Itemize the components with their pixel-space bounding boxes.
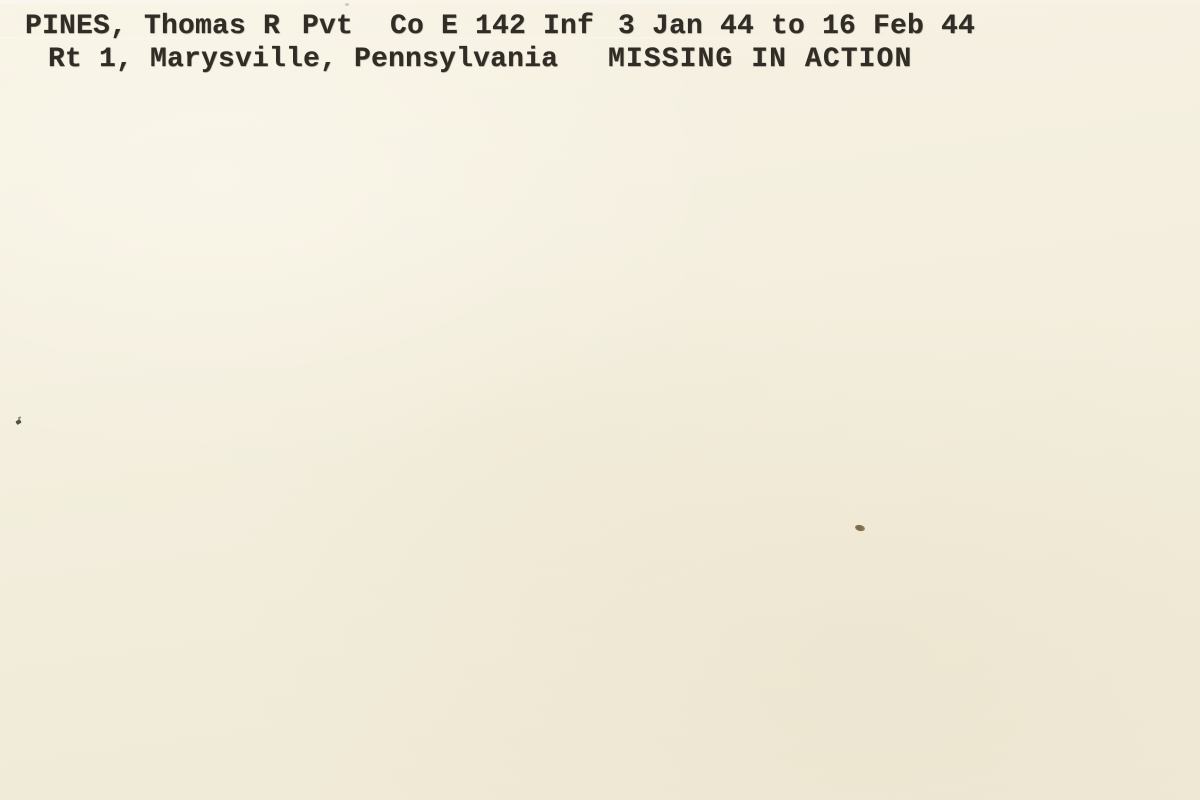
scanned-index-card: PINES, Thomas R Pvt Co E 142 Inf 3 Jan 4…	[0, 0, 1200, 800]
military-unit: Co E 142 Inf	[390, 11, 594, 42]
scan-edge-highlight	[0, 0, 1200, 4]
faint-dust-speck	[345, 3, 349, 6]
card-line-1: PINES, Thomas R Pvt Co E 142 Inf 3 Jan 4…	[0, 11, 1200, 45]
home-address: Rt 1, Marysville, Pennsylvania	[48, 44, 558, 75]
soldier-name: PINES, Thomas R	[25, 11, 280, 42]
casualty-status: MISSING IN ACTION	[608, 44, 912, 75]
soldier-rank: Pvt	[302, 11, 353, 42]
service-period: 3 Jan 44 to 16 Feb 44	[618, 11, 975, 42]
paper-stain-speck	[854, 524, 865, 532]
ink-speck	[15, 419, 21, 425]
card-line-2: Rt 1, Marysville, Pennsylvania MISSING I…	[0, 44, 1200, 78]
